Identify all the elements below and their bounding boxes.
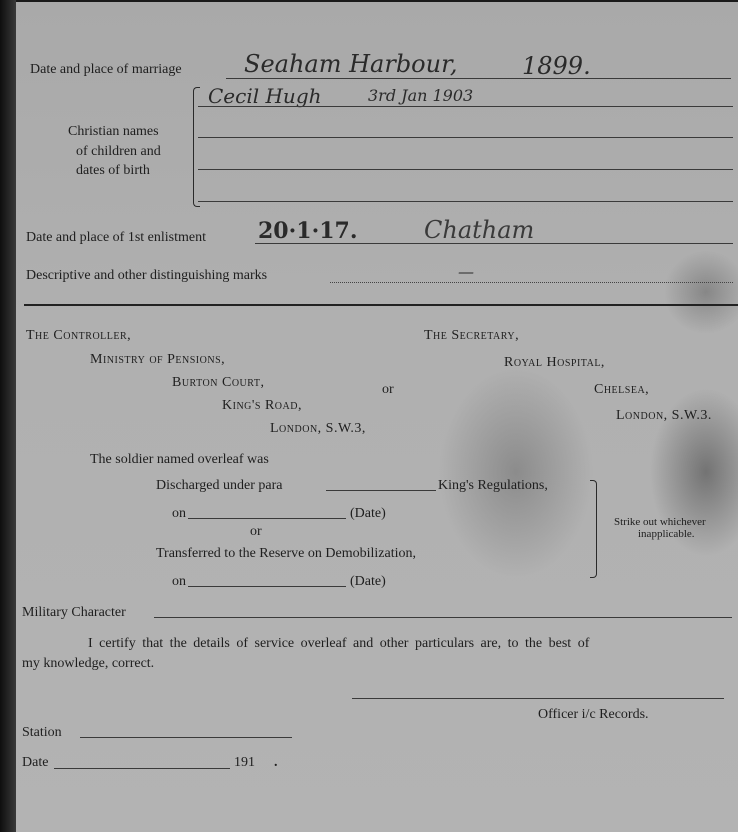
marriage-field-line	[226, 78, 731, 79]
address-left-line3: Burton Court,	[172, 375, 264, 391]
officer-signature-line[interactable]	[352, 698, 724, 699]
strike-brace	[590, 480, 597, 578]
certify-line1: I certify that the details of service ov…	[88, 636, 589, 652]
address-left-line1: The Controller,	[26, 328, 131, 344]
enlistment-place-value[interactable]: Chatham	[424, 216, 534, 244]
enlistment-label: Date and place of 1st enlistment	[26, 230, 206, 246]
on-label-1: on	[172, 506, 186, 522]
address-right-line3: Chelsea,	[594, 382, 649, 398]
address-left-line5: London, S.W.3,	[270, 421, 366, 437]
discharge-or: or	[250, 524, 262, 540]
officer-label: Officer i/c Records.	[538, 707, 649, 723]
marriage-label: Date and place of marriage	[30, 62, 182, 78]
strike-note-line2: inapplicable.	[638, 528, 695, 540]
children-label-1: Christian names	[68, 124, 159, 140]
date-label-2: (Date)	[350, 574, 386, 590]
address-right-line4: London, S.W.3.	[616, 408, 712, 424]
para-field-line[interactable]	[326, 490, 436, 491]
address-right-line1: The Secretary,	[424, 328, 519, 344]
address-or: or	[382, 382, 394, 398]
transfer-date-line[interactable]	[188, 586, 346, 587]
child-name-value[interactable]: Cecil Hugh	[208, 84, 322, 108]
discharged-prefix: Discharged under para	[156, 478, 282, 494]
address-left-line2: Ministry of Pensions,	[90, 352, 225, 368]
section-divider	[24, 304, 738, 306]
date-field-line[interactable]	[54, 768, 230, 769]
date-terminal: .	[274, 755, 278, 771]
date-label-1: (Date)	[350, 506, 386, 522]
military-character-line[interactable]	[154, 617, 732, 618]
military-character-label: Military Character	[22, 605, 126, 621]
child-dob-value[interactable]: 3rd Jan 1903	[368, 86, 473, 105]
strike-note-line1: Strike out whichever	[614, 516, 706, 528]
discharge-date-line[interactable]	[188, 518, 346, 519]
marriage-place-value[interactable]: Seaham Harbour,	[244, 50, 458, 78]
children-line-4	[198, 201, 733, 202]
transferred-label: Transferred to the Reserve on Demobiliza…	[156, 546, 416, 562]
address-left-line4: King's Road,	[222, 398, 302, 414]
discharged-suffix: King's Regulations,	[438, 478, 548, 494]
station-field-line[interactable]	[80, 737, 292, 738]
date-label: Date	[22, 755, 48, 771]
marks-value[interactable]: —	[458, 262, 474, 281]
children-brace	[193, 87, 200, 207]
children-label-3: dates of birth	[76, 163, 150, 179]
on-label-2: on	[172, 574, 186, 590]
children-line-2	[198, 137, 733, 138]
marriage-year-value[interactable]: 1899.	[522, 52, 591, 80]
scan-edge	[0, 0, 16, 832]
certify-line2: my knowledge, correct.	[22, 656, 154, 672]
children-label-2: of children and	[76, 144, 161, 160]
marks-label: Descriptive and other distinguishing mar…	[26, 268, 267, 284]
address-right-line2: Royal Hospital,	[504, 355, 605, 371]
marks-field-line	[330, 282, 733, 283]
children-line-1	[198, 106, 733, 107]
enlistment-date-value[interactable]: 20·1·17.	[258, 218, 358, 244]
station-label: Station	[22, 725, 62, 741]
discharge-intro: The soldier named overleaf was	[90, 452, 269, 468]
date-year-prefix: 191	[234, 755, 255, 771]
children-line-3	[198, 169, 733, 170]
